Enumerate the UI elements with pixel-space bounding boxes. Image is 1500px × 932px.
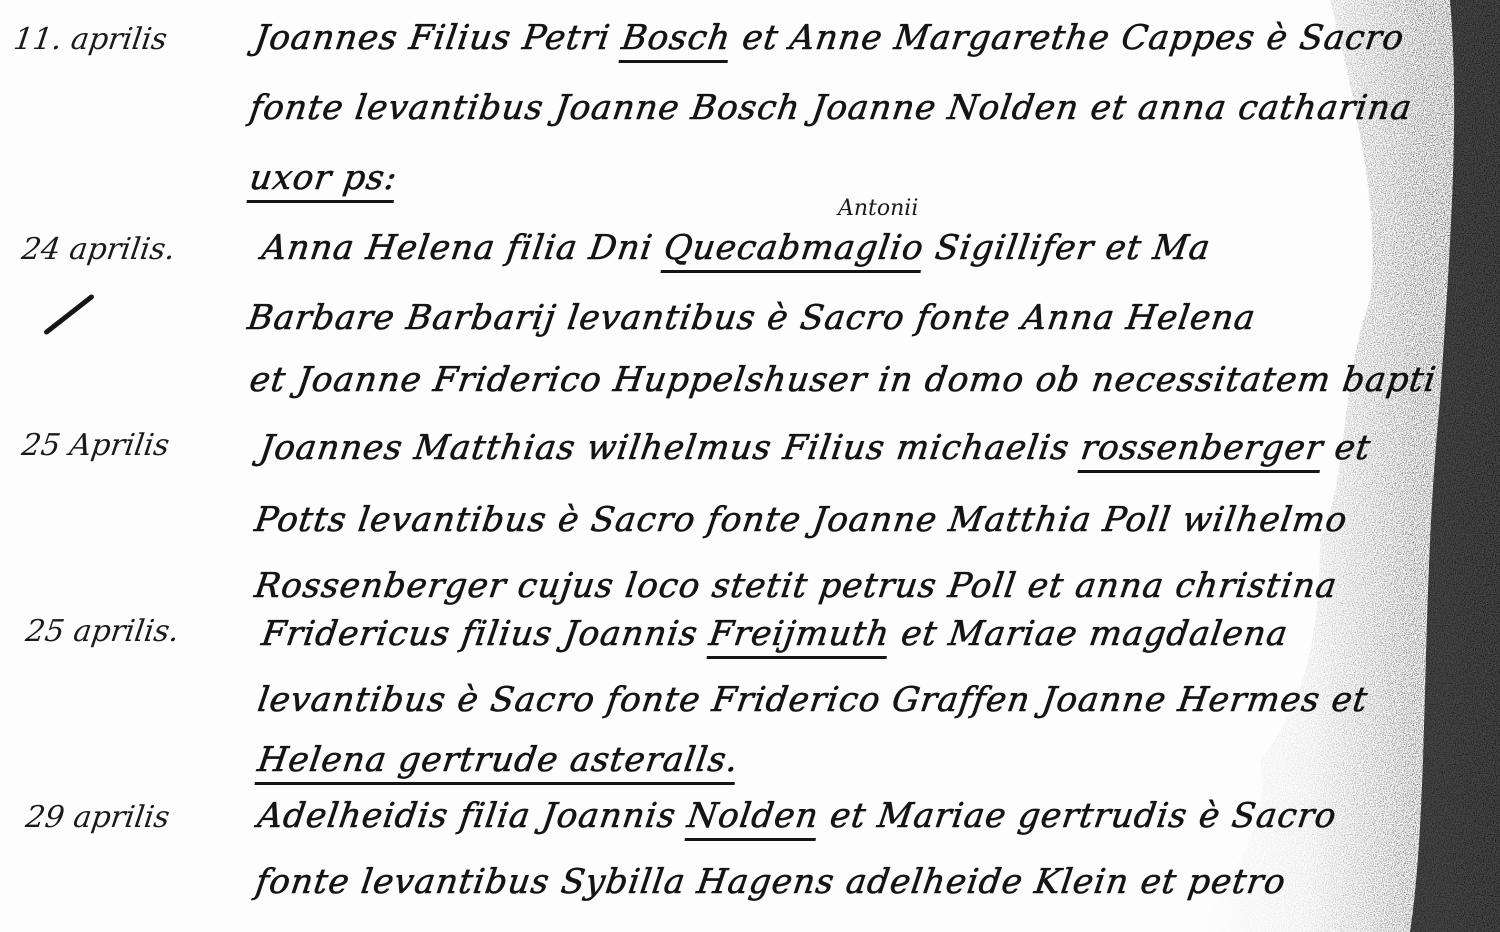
entry-text: Fridericus filius Joannis [259,614,712,654]
entry-line: Barbare Barbarij levantibus è Sacro font… [245,298,1258,338]
surname-underlined: Freijmuth [706,614,892,659]
entry-line: Potts levantibus è Sacro fonte Joanne Ma… [252,500,1350,540]
entry-date: 11. aprilis [12,22,170,57]
surname-underlined: Quecabmaglio [661,228,927,273]
entry-line: Joannes Filius Petri Bosch et Anne Marga… [252,18,1407,58]
entry-line: fonte levantibus Sybilla Hagens adelheid… [253,862,1288,902]
surname-underlined: Nolden [684,796,821,841]
entry-line: uxor ps: [247,158,400,198]
entry-line: fonte levantibus Joanne Bosch Joanne Nol… [247,88,1415,128]
surname-underlined: Bosch [618,18,733,63]
entry-date: 29 aprilis [24,800,172,835]
entry-text: uxor ps: [246,158,400,203]
entry-text: et Mariae magdalena [887,614,1291,654]
entry-text: Rossenberger cujus loco stetit petrus Po… [252,566,1340,606]
entry-text: Helena gertrude asteralls. [254,740,741,785]
manuscript-page: 11. aprilis Joannes Filius Petri Bosch e… [0,0,1500,932]
entry-line: Adelheidis filia Joannis Nolden et Maria… [255,796,1339,836]
entry-text: Adelheidis filia Joannis [255,796,690,836]
entry-date: 24 aprilis. [20,232,178,267]
entry-text: Joannes Filius Petri [252,18,625,58]
entry-text: et Anne Margarethe Cappes è Sacro [728,18,1407,58]
entry-line: Rossenberger cujus loco stetit petrus Po… [252,566,1340,606]
entry-text: Potts levantibus è Sacro fonte Joanne Ma… [252,500,1350,540]
entry-text: Sigillifer et Ma [921,228,1213,268]
entry-text: et Joanne Friderico Huppelshuser in domo… [247,360,1439,400]
margin-mark [43,293,95,335]
entry-line: Joannes Matthias wilhelmus Filius michae… [257,428,1373,468]
entry-line: levantibus è Sacro fonte Friderico Graff… [255,680,1370,720]
entry-text: fonte levantibus Sybilla Hagens adelheid… [253,862,1288,902]
entry-line: Anna Helena filia Dni Quecabmaglio Sigil… [259,228,1213,268]
entry-text: Anna Helena filia Dni [259,228,667,268]
superscript-insertion: Antonii [838,196,918,221]
entry-line: et Joanne Friderico Huppelshuser in domo… [247,360,1439,400]
entry-text: levantibus è Sacro fonte Friderico Graff… [255,680,1370,720]
entry-text: et Mariae gertrudis è Sacro [816,796,1340,836]
entry-text: fonte levantibus Joanne Bosch Joanne Nol… [247,88,1415,128]
entry-text: et [1320,428,1373,468]
entry-line: Fridericus filius Joannis Freijmuth et M… [259,614,1291,654]
entry-text: Joannes Matthias wilhelmus Filius michae… [257,428,1084,468]
entry-date: 25 Aprilis [20,428,172,463]
entry-text: Barbare Barbarij levantibus è Sacro font… [245,298,1258,338]
surname-underlined: rossenberger [1078,428,1326,473]
entry-date: 25 aprilis. [24,614,182,649]
entry-line: Helena gertrude asteralls. [255,740,741,780]
